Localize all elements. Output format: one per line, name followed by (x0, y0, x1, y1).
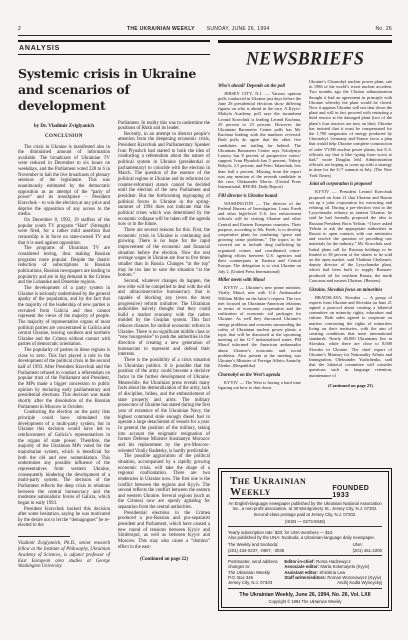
article-paragraph: Recently, in an attempt to distract peop… (118, 132, 210, 228)
editor-role: Staff writers/editors: (284, 575, 326, 580)
article-paragraph: There are several reasons for this. Firs… (118, 228, 210, 279)
editor-line: Andrij Kudla Wynnyckyj (284, 580, 382, 585)
article-paragraph: Parliament. In reality this was to under… (118, 121, 210, 132)
newsbrief-heading: Chornobyl on the West’s agenda (218, 373, 301, 378)
phone-numbers-row: The Weekly and Svoboda: (201) 434-0237, … (228, 542, 382, 552)
article-column-2: Parliament. In reality this was to under… (118, 121, 210, 571)
conclusion-label: CONCLUSION (18, 134, 110, 139)
article-paragraph: The popularity of parties in these regio… (18, 348, 110, 410)
continued-notice: (Continued on page 22) (118, 557, 210, 562)
editor-name: Andrij Kudla Wynnyckyj (337, 580, 382, 585)
article-paragraph: Conducting the election on the party lis… (18, 410, 110, 506)
article-headline: Systemic crisis in Ukraine and scenarios… (18, 66, 210, 114)
newsbrief-heading: Ukraine, Slovakia focus on minorities (309, 288, 392, 293)
newsbrief-heading: Miller meets with Masol (218, 278, 301, 283)
newsbrief-heading: Who’s ahead? Depends on the poll (218, 84, 301, 89)
phones-una-number: (201) 451-2200 (353, 548, 382, 553)
continued-notice: (Continued on page 23) (309, 383, 392, 388)
postmaster-block: Postmaster, send address changes to: The… (228, 559, 278, 586)
newsbrief-body: WASHINGTON — The director of the Federal… (218, 201, 301, 274)
masthead-logo: The Ukrainian Weekly (230, 476, 332, 499)
newsbrief-body: JERSEY CITY, N.J. — Various opinion poll… (218, 91, 301, 190)
article-paragraph: President Kravchuk backed this decision … (18, 507, 110, 530)
newsbrief-heading: Joint oil corporation is proposed (309, 182, 392, 187)
newsbriefs-column-1: Who’s ahead? Depends on the poll JERSEY … (218, 79, 301, 463)
newsbrief-body: KYYIV — President Leonid Kravchuk propos… (309, 189, 392, 283)
masthead-description: An English-language newspaper published … (228, 501, 382, 511)
article-paragraph: The programs of Ukrainian TV are conside… (18, 246, 110, 286)
headline-line-1: Systemic crisis in Ukraine (18, 66, 210, 82)
postage-line: Second-class postage paid at Jersey City… (228, 512, 382, 517)
issue-date: SUNDAY, JUNE 26, 1994 (207, 26, 270, 32)
phones-weekly-label: The Weekly and Svoboda: (228, 542, 284, 547)
masthead-divider (228, 588, 382, 589)
issue-number: No. 26 (375, 26, 392, 32)
newsbrief-body: KYYIV — Ukraine’s new prime minister, Vi… (218, 285, 301, 368)
also-published-line: Also published by the UNA: Svoboda, a Uk… (228, 535, 382, 540)
editor-role: Editor-in-chief: (284, 559, 315, 564)
newsbriefs-section: NEWSBRIEFS Who’s ahead? Depends on the p… (218, 40, 392, 611)
article-paragraph: The possible aggravation of the politica… (118, 454, 210, 511)
article-paragraph: The development of a party system in Ukr… (18, 286, 110, 348)
founded-label: FOUNDED 1933 (332, 485, 380, 499)
newsbrief-body: BRATISLAVA, Slovakia — A group of expert… (309, 295, 392, 378)
newsbriefs-title: NEWSBRIEFS (218, 47, 392, 70)
article-paragraph: On December 8, 1993, 19 staffers of the … (18, 218, 110, 246)
issn-line: (ISSN — 0273-9348) (228, 519, 382, 524)
article-paragraph: Presidential elections in the Crimea pro… (118, 511, 210, 551)
header-center: THE UKRAINIAN WEEKLY SUNDAY, JUNE 26, 19… (127, 26, 270, 32)
page-number: 2 (18, 26, 21, 32)
phones-una: UNA: (201) 451-2200 (353, 542, 382, 552)
masthead-divider (228, 555, 382, 556)
phones-weekly-numbers: (201) 434-0237, -0807, -3036 (228, 548, 284, 553)
editor-role: Associate editor: (284, 564, 319, 569)
newsbriefs-column-2: Ukraine’s Chornobyl nuclear power plant,… (309, 79, 392, 463)
editor-name: Roman Woronowycz (Kyyiv) (327, 575, 381, 580)
editor-name: Roma Hadzewycz (316, 559, 351, 564)
newsbriefs-columns: Who’s ahead? Depends on the poll JERSEY … (218, 71, 392, 463)
footnote-divider (18, 536, 70, 537)
article-columns: by Dr. Vladimir Zviglyanich CONCLUSION T… (18, 121, 210, 571)
masthead-divider (228, 526, 382, 527)
editors-block: Editor-in-chief: Roma Hadzewycz Associat… (284, 559, 382, 586)
editor-name: Marta Kolomayets (Kyyiv) (320, 564, 369, 569)
copyright-line: Copyright © 1994 The Ukrainian Weekly (228, 599, 382, 604)
article-paragraph: There is the possibility of a crisis sit… (118, 358, 210, 454)
phones-weekly: The Weekly and Svoboda: (201) 434-0237, … (228, 542, 284, 552)
article-column-1: by Dr. Vladimir Zviglyanich CONCLUSION T… (18, 121, 110, 571)
postmaster-line: Jersey City, N.J. 07303 (228, 580, 278, 585)
masthead-footer-line: The Ukrainian Weekly, June 26, 1994, No.… (228, 592, 382, 598)
newsbrief-body: KYYIV — The West is having a hard time f… (218, 380, 301, 390)
page-body: ANALYSIS Systemic crisis in Ukraine and … (18, 40, 392, 611)
masthead-top-row: The Ukrainian Weekly FOUNDED 1933 (228, 475, 382, 500)
page-header: 2 THE UKRAINIAN WEEKLY SUNDAY, JUNE 26, … (18, 26, 392, 36)
article-byline: by Dr. Vladimir Zviglyanich (18, 124, 110, 129)
newsbrief-body: Ukraine’s Chornobyl nuclear power plant,… (309, 79, 392, 178)
article-paragraph: Second, whatever changes do happen, the … (118, 279, 210, 358)
analysis-article: ANALYSIS Systemic crisis in Ukraine and … (18, 40, 210, 611)
masthead-lower-columns: Postmaster, send address changes to: The… (228, 559, 382, 586)
editor-role: Assistant editor: (284, 570, 318, 575)
article-paragraph: The crisis in Ukraine is manifested also… (18, 145, 110, 219)
newspaper-page: 2 THE UKRAINIAN WEEKLY SUNDAY, JUNE 26, … (0, 0, 408, 640)
newspaper-title: THE UKRAINIAN WEEKLY (127, 26, 195, 32)
analysis-kicker: ANALYSIS (18, 40, 210, 55)
newsbrief-heading: FBI director is Ukraine bound (218, 194, 301, 199)
author-footnote: Vladimir Zviglyanich, Ph.D., senior rese… (18, 541, 110, 570)
masthead-box: The Ukrainian Weekly FOUNDED 1933 An Eng… (218, 468, 392, 611)
headline-line-2: and scenarios of development (18, 82, 210, 114)
editor-name: Khristina Lew (319, 570, 345, 575)
